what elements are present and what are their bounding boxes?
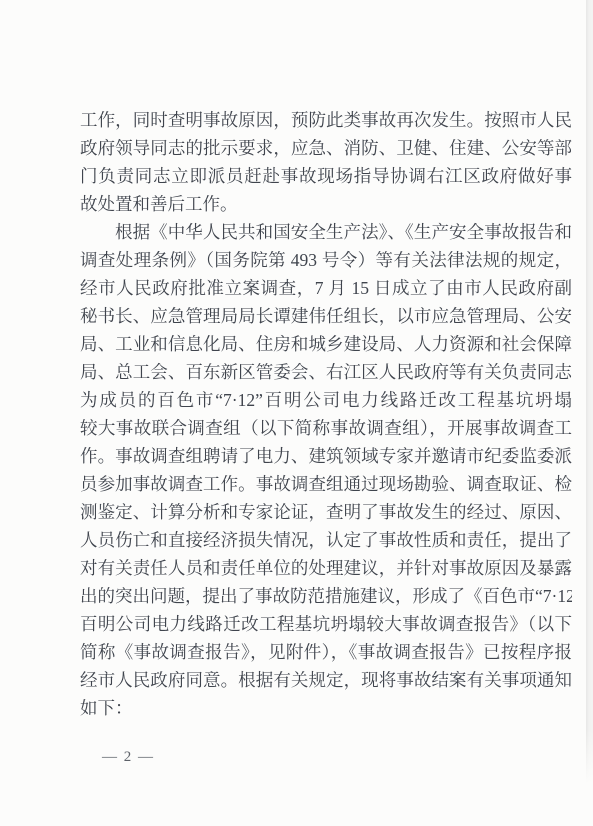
text-line: 作。事故调查组聘请了电力、建筑领域专家并邀请市纪委监委派 — [80, 442, 572, 470]
text-line: 较大事故联合调查组（以下简称事故调查组），开展事故调查工 — [80, 414, 572, 442]
text-line: 简称《事故调查报告》，见附件），《事故调查报告》已按程序报 — [80, 638, 572, 666]
text-line: 员参加事故调查工作。事故调查组通过现场勘验、调查取证、检 — [80, 470, 572, 498]
text-line: 经市人民政府同意。根据有关规定，现将事故结案有关事项通知 — [80, 666, 572, 694]
document-page: 工作，同时查明事故原因，预防此类事故再次发生。按照市人民 政府领导同志的批示要求… — [0, 0, 593, 826]
text-line: 局、工业和信息化局、住房和城乡建设局、人力资源和社会保障 — [80, 330, 572, 358]
text-line: 测鉴定、计算分析和专家论证，查明了事故发生的经过、原因、 — [80, 498, 572, 526]
text-line: 经市人民政府批准立案调查，7 月 15 日成立了由市人民政府副 — [80, 274, 572, 302]
text-line: 根据《中华人民共和国安全生产法》、《生产安全事故报告和 — [80, 218, 572, 246]
text-line: 对有关责任人员和责任单位的处理建议，并针对事故原因及暴露 — [80, 554, 572, 582]
text-line: 工作，同时查明事故原因，预防此类事故再次发生。按照市人民 — [80, 106, 572, 134]
page-number: — 2 — — [102, 749, 155, 765]
text-line: 局、总工会、百东新区管委会、右江区人民政府等有关负责同志 — [80, 358, 572, 386]
text-line: 出的突出问题，提出了事故防范措施建议，形成了《百色市“7·12” — [80, 582, 572, 610]
text-line: 政府领导同志的批示要求，应急、消防、卫健、住建、公安等部 — [80, 134, 572, 162]
text-line: 秘书长、应急管理局局长谭建伟任组长，以市应急管理局、公安 — [80, 302, 572, 330]
text-line: 故处置和善后工作。 — [80, 190, 572, 218]
text-line: 如下： — [80, 694, 572, 722]
text-line: 人员伤亡和直接经济损失情况，认定了事故性质和责任，提出了 — [80, 526, 572, 554]
text-line: 门负责同志立即派员赶赴事故现场指导协调右江区政府做好事 — [80, 162, 572, 190]
document-body: 工作，同时查明事故原因，预防此类事故再次发生。按照市人民 政府领导同志的批示要求… — [80, 106, 572, 722]
text-line: 调查处理条例》（国务院第 493 号令）等有关法律法规的规定， — [80, 246, 572, 274]
scan-edge-shadow — [586, 0, 593, 784]
text-line: 为成员的百色市“7·12”百明公司电力线路迁改工程基坑坍塌 — [80, 386, 572, 414]
text-line: 百明公司电力线路迁改工程基坑坍塌较大事故调查报告》（以下 — [80, 610, 572, 638]
